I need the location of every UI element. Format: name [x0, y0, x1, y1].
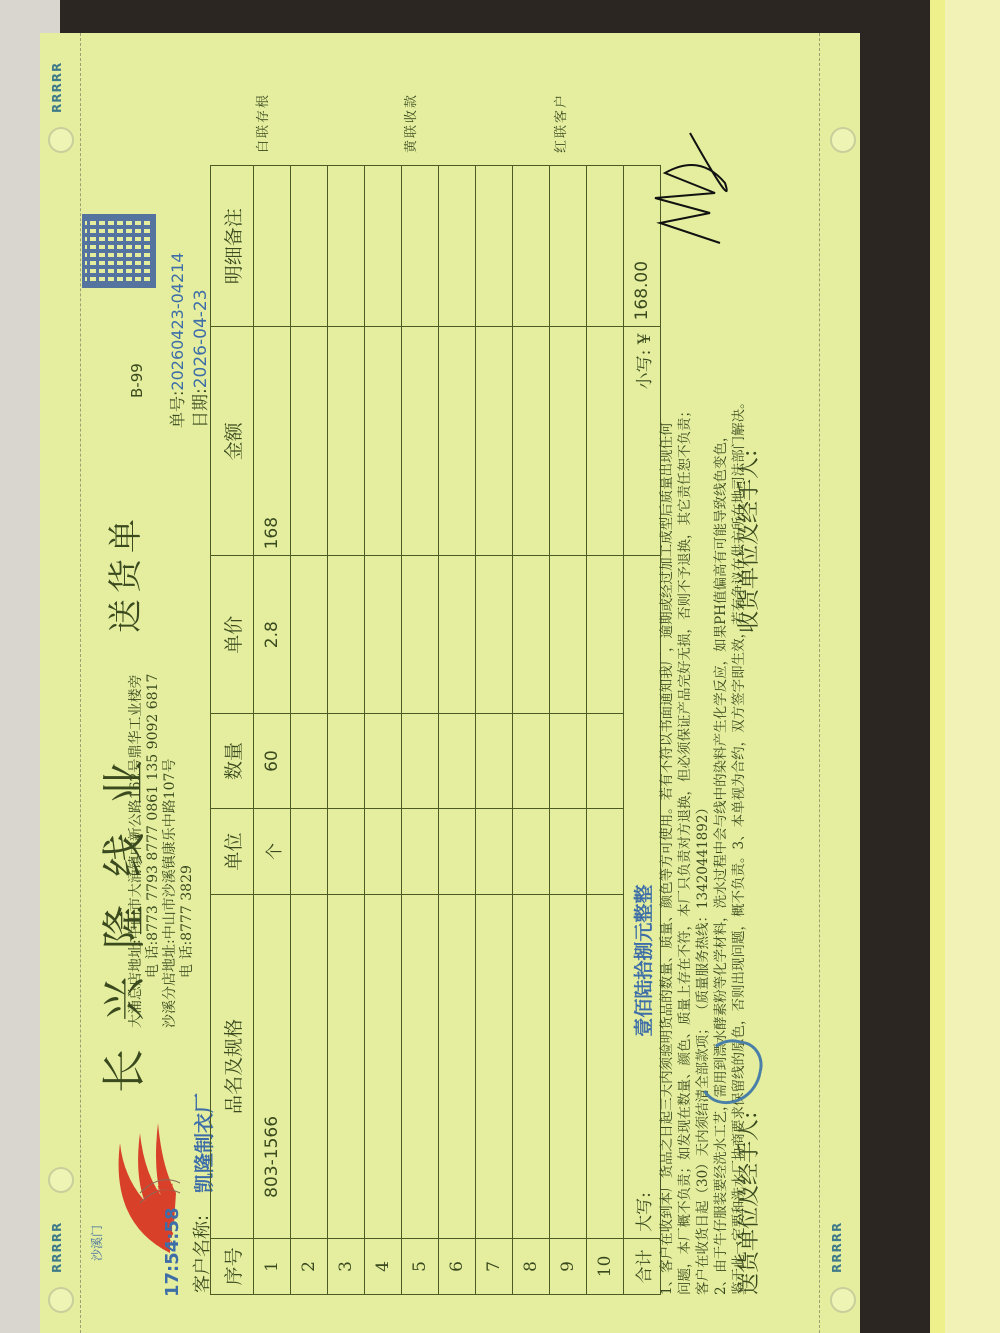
total-in-words: 壹佰陆拾捌元整整	[633, 885, 655, 1037]
punch-hole	[48, 1167, 74, 1193]
qr-code-icon	[82, 214, 156, 288]
col-header-amount: 金额	[211, 327, 254, 556]
table-row: 9	[550, 166, 587, 1295]
table-row: 6	[439, 166, 476, 1295]
col-header-note: 明细备注	[211, 166, 254, 327]
table-row: 7	[476, 166, 513, 1295]
hq-phone: 电 话:8773 7793 8777 0861 135 9092 6817	[145, 674, 162, 978]
table-row: 8	[513, 166, 550, 1295]
sender-signature-label: 送货单位及经手人:	[732, 1112, 763, 1295]
background-paper-strip	[945, 0, 1000, 1333]
punch-hole	[48, 127, 74, 153]
total-words-cell: 大写: 壹佰陆拾捌元整整	[624, 556, 661, 1238]
total-row: 合计 大写: 壹佰陆拾捌元整整 小写: ¥ 168.00	[624, 166, 661, 1295]
items-table: 序号 品名及规格 单位 数量 单价 金额 明细备注 1 803-1566 个 6…	[210, 165, 661, 1295]
col-header-qty: 数量	[211, 714, 254, 809]
copy-label-red: 红联客户	[550, 93, 569, 153]
order-number: 单号:20260423-04214	[165, 252, 188, 428]
receiver-signature	[640, 103, 740, 253]
edge-mark: RRRRR	[830, 1222, 844, 1273]
print-time: 17:54:58	[162, 1207, 183, 1297]
form-code: B-99	[128, 363, 146, 398]
table-row: 10	[587, 166, 624, 1295]
col-header-name: 品名及规格	[211, 895, 254, 1239]
perforation-strip-bottom: RRRRR	[819, 33, 860, 1333]
punch-hole	[830, 1287, 856, 1313]
perforation-strip-top: RRRRR RRRRR	[40, 33, 81, 1333]
hq-address: 大涌总店地址:中山市大涌镇中新公路162号鼎华工业楼旁	[128, 675, 145, 1028]
col-header-unit: 单位	[211, 809, 254, 895]
table-row: 5	[402, 166, 439, 1295]
table-row: 3	[328, 166, 365, 1295]
table-row: 2	[291, 166, 328, 1295]
order-date: 日期:2026-04-23	[186, 289, 211, 428]
branch-phone: 电 话:8777 3829	[179, 865, 196, 978]
total-label: 合计	[624, 1238, 661, 1294]
punch-hole	[830, 127, 856, 153]
copy-label-white: 白联存根	[252, 93, 271, 153]
col-header-price: 单价	[211, 556, 254, 714]
receiver-signature-label: 收货单位及经手人:	[732, 450, 763, 633]
table-header-row: 序号 品名及规格 单位 数量 单价 金额 明细备注	[211, 166, 254, 1295]
copy-label-yellow: 黄联收款	[400, 93, 419, 153]
edge-mark: RRRRR	[50, 62, 64, 113]
document-title: 送货单	[98, 513, 147, 633]
table-row: 4	[365, 166, 402, 1295]
punch-hole	[48, 1287, 74, 1313]
col-header-no: 序号	[211, 1238, 254, 1294]
total-figure-label: 小写: ¥	[624, 327, 661, 556]
edge-mark: RRRRR	[50, 1222, 64, 1273]
table-row: 1 803-1566 个 60 2.8 168	[254, 166, 291, 1295]
delivery-note: RRRRR RRRRR 沙溪门 長興隆 17:54:58 客户名称: 凯隆制衣厂…	[40, 33, 860, 1333]
branch-address: 沙溪分店地址:中山市沙溪镇康乐中路107号	[162, 759, 179, 1028]
